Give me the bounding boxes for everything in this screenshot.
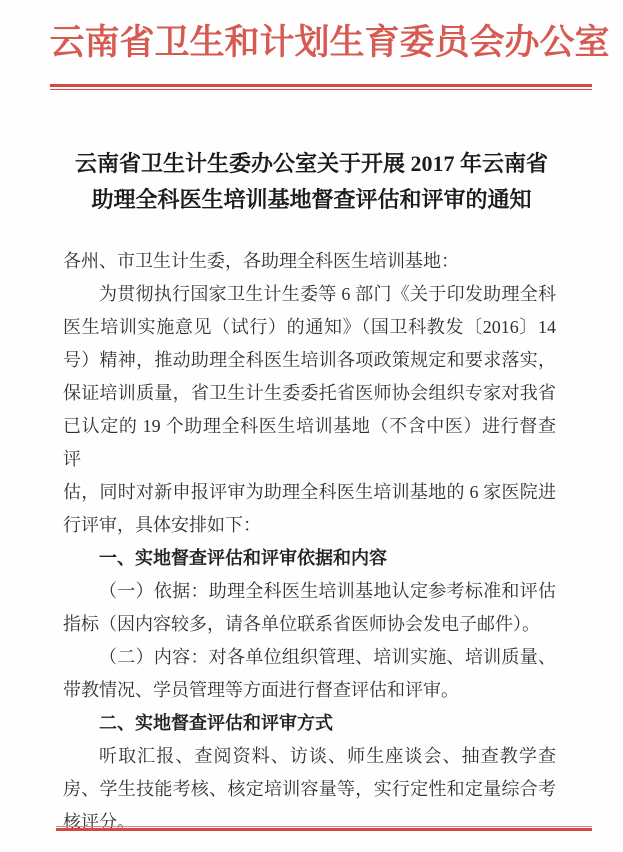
body-line: 带教情况、学员管理等方面进行督查评估和评审。 xyxy=(63,674,556,707)
body-line: 行评审，具体安排如下： xyxy=(63,509,556,542)
footer-divider xyxy=(56,826,592,831)
body-line: 房、学生技能考核、核定培训容量等，实行定性和定量综合考 xyxy=(63,773,556,806)
section-heading: 一、实地督查评估和评审依据和内容 xyxy=(63,542,556,575)
footer-divider-thick-line xyxy=(56,828,592,831)
letterhead-org-name: 云南省卫生和计划生育委员会办公室 xyxy=(36,20,623,66)
body-line: 号）精神，推动助理全科医生培训各项政策规定和要求落实， xyxy=(63,344,556,377)
letterhead-divider xyxy=(50,84,592,90)
body-line: 各州、市卫生计生委，各助理全科医生培训基地： xyxy=(63,245,556,278)
body-line: （二）内容：对各单位组织管理、培训实施、培训质量、 xyxy=(63,641,556,674)
section-heading: 二、实地督查评估和评审方式 xyxy=(63,707,556,740)
document-title-line2: 助理全科医生培训基地督查评估和评审的通知 xyxy=(30,182,593,218)
body-line: 为贯彻执行国家卫生计生委等 6 部门《关于印发助理全科 xyxy=(63,278,556,311)
document-title: 云南省卫生计生委办公室关于开展 2017 年云南省 助理全科医生培训基地督查评估… xyxy=(30,146,593,218)
body-line: 指标（因内容较多，请各单位联系省医师协会发电子邮件）。 xyxy=(63,608,556,641)
document-page: 云南省卫生和计划生育委员会办公室 云南省卫生计生委办公室关于开展 2017 年云… xyxy=(0,0,623,852)
letterhead-divider-thin-line xyxy=(50,89,592,90)
body-line: 核评分。 xyxy=(63,806,556,839)
body-line: 保证培训质量，省卫生计生委委托省医师协会组织专家对我省 xyxy=(63,377,556,410)
document-title-line1: 云南省卫生计生委办公室关于开展 2017 年云南省 xyxy=(30,146,593,182)
document-body: 各州、市卫生计生委，各助理全科医生培训基地：为贯彻执行国家卫生计生委等 6 部门… xyxy=(63,245,556,839)
body-line: 已认定的 19 个助理全科医生培训基地（不含中医）进行督查评 xyxy=(63,410,556,476)
body-line: 医生培训实施意见（试行）的通知》（国卫科教发〔2016〕14 xyxy=(63,311,556,344)
body-line: 听取汇报、查阅资料、访谈、师生座谈会、抽查教学查 xyxy=(63,740,556,773)
body-line: 估，同时对新申报评审为助理全科医生培训基地的 6 家医院进 xyxy=(63,476,556,509)
body-line: （一）依据：助理全科医生培训基地认定参考标准和评估 xyxy=(63,575,556,608)
